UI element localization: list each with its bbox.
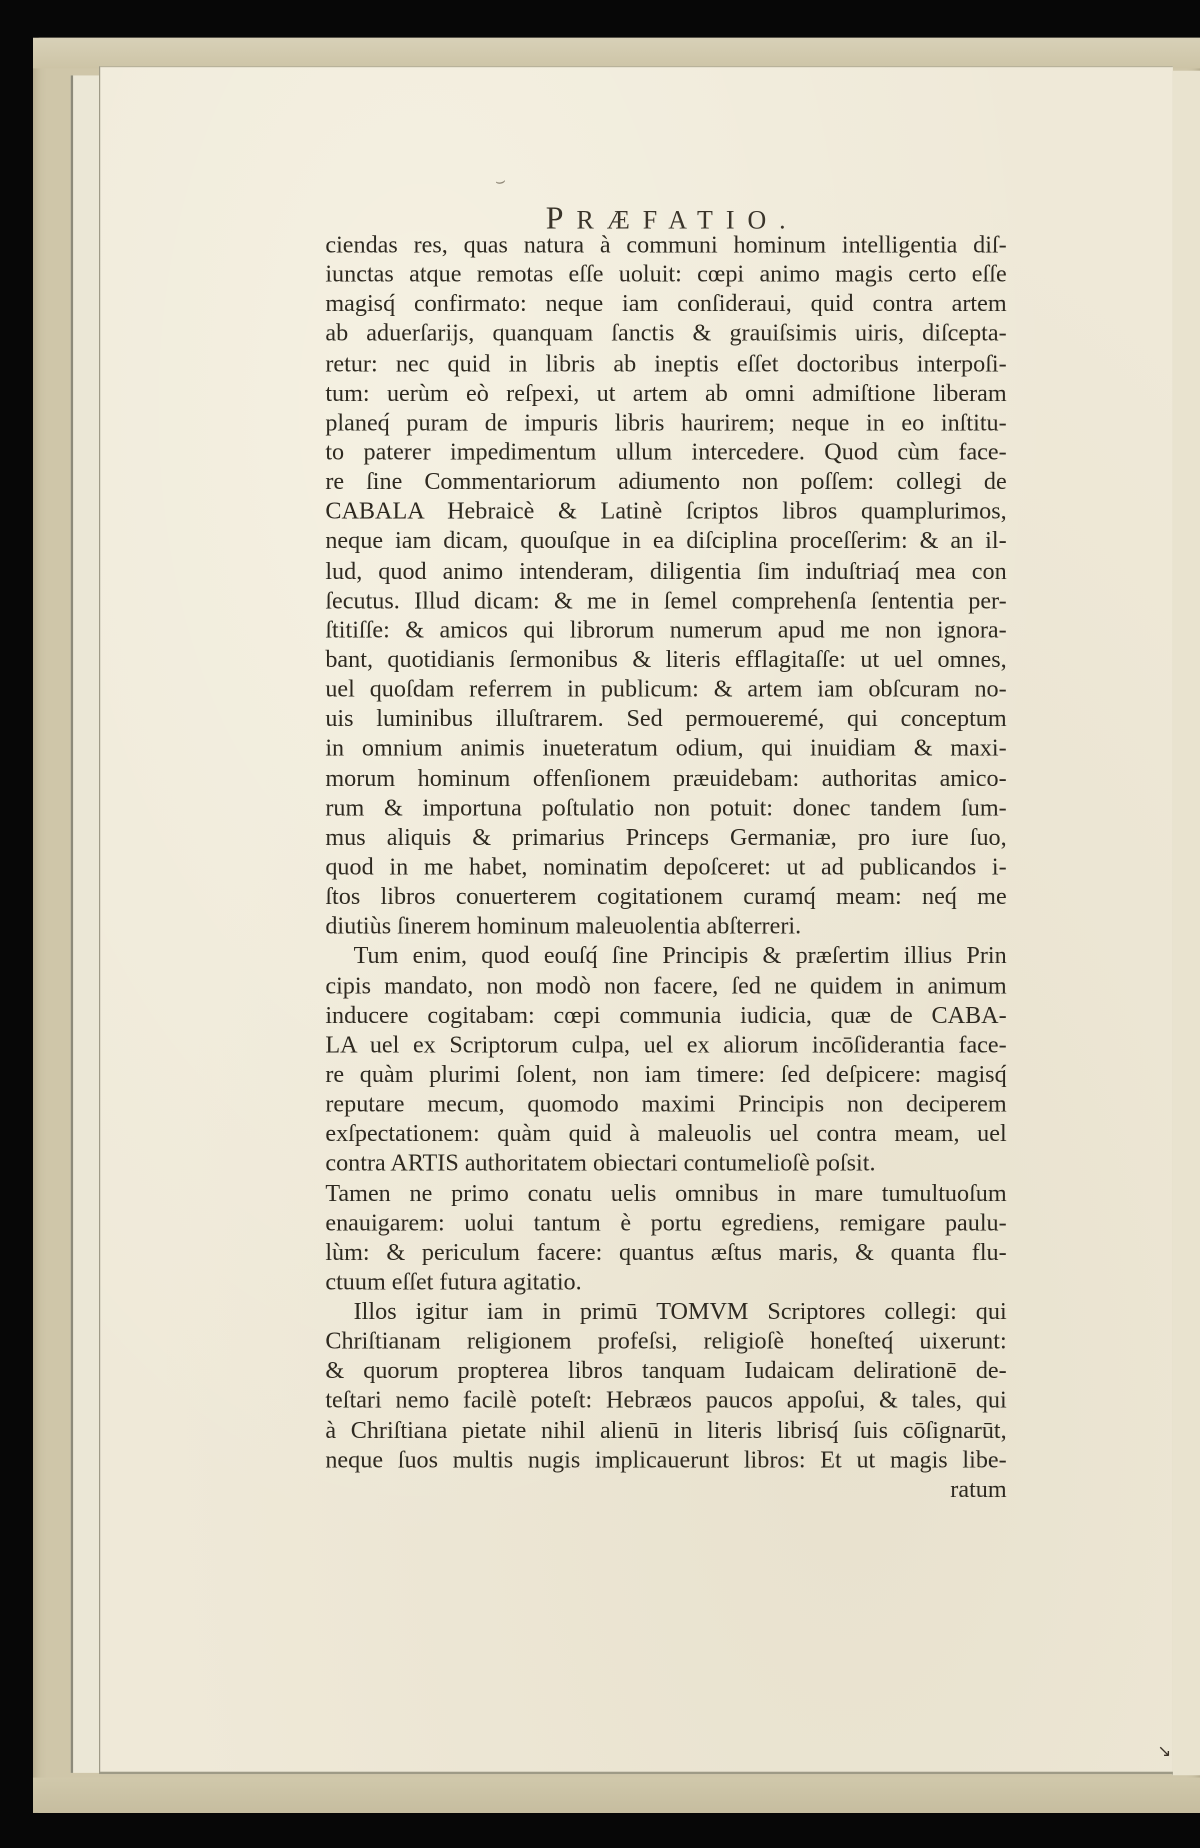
cover-bottom-edge (33, 1778, 1200, 1813)
text-line: ciendas res, quas natura à communi homin… (325, 231, 1006, 261)
text-line: reputare mecum, quomodo maximi Principis… (325, 1090, 1006, 1120)
page-fore-edge (1172, 71, 1200, 1776)
catchword: ratum (325, 1476, 1006, 1506)
endpaper-strip (71, 75, 100, 1772)
text-line: morum hominum offenſionem præuidebam: au… (325, 764, 1006, 794)
text-line: Tum enim, quod eouſq́ ſine Principis & p… (325, 942, 1006, 972)
text-line: lùm: & periculum facere: quantus æſtus m… (325, 1239, 1006, 1269)
text-line: uel quoſdam referrem in publicum: & arte… (325, 676, 1006, 706)
text-line: neque iam dicam, quouſque in ea diſcipli… (325, 527, 1006, 557)
text-line: planeq́ puram de impuris libris haurirem… (325, 409, 1006, 439)
text-line: contra ARTIS authoritatem obiectari cont… (325, 1150, 1006, 1180)
text-line: à Chriſtiana pietate nihil alienū in lit… (325, 1416, 1006, 1446)
text-line: ctuum eſſet futura agitatio. (325, 1268, 1006, 1298)
text-line: ſecutus. Illud dicam: & me in ſemel comp… (325, 587, 1006, 617)
text-line: Chriſtianam religionem profeſsi, religio… (325, 1328, 1006, 1358)
text-line: re ſine Commentariorum adiumento non poſ… (325, 468, 1006, 498)
text-line: inducere cogitabam: cœpi communia iudici… (325, 1002, 1006, 1032)
text-line: bant, quotidianis ſermonibus & literis e… (325, 646, 1006, 676)
text-line: lud, quod animo intenderam, diligentia ſ… (325, 557, 1006, 587)
text-line: enauigarem: uolui tantum è portu egredie… (325, 1209, 1006, 1239)
text-line: mus aliquis & primarius Princeps Germani… (325, 824, 1006, 854)
page-corner-mark: ↘ (1158, 1742, 1172, 1761)
cover-top-edge (33, 38, 1200, 69)
text-line: magisq́ confirmato: neque iam conſiderau… (325, 290, 1006, 320)
text-line: iunctas atque remotas eſſe uoluit: cœpi … (325, 261, 1006, 291)
text-line: quod in me habet, nominatim depoſceret: … (325, 853, 1006, 883)
text-line: ſtitiſſe: & amicos qui librorum numerum … (325, 616, 1006, 646)
text-line: retur: nec quid in libris ab ineptis eſſ… (325, 350, 1006, 380)
text-line: uis luminibus illuſtrarem. Sed permouere… (325, 705, 1006, 735)
text-line: & quorum propterea libros tanquam Iudaic… (325, 1357, 1006, 1387)
text-line: CABALA Hebraicè & Latinè ſcriptos libros… (325, 498, 1006, 528)
text-line: teſtari nemo facilè poteſt: Hebræos pauc… (325, 1387, 1006, 1417)
text-line: in omnium animis inueteratum odium, qui … (325, 735, 1006, 765)
text-line: neque ſuos multis nugis implicauerunt li… (325, 1446, 1006, 1476)
text-line: to paterer impedimentum ullum interceder… (325, 438, 1006, 468)
text-line: cipis mandato, non modò non facere, ſed … (325, 972, 1006, 1002)
text-line: Tamen ne primo conatu uelis omnibus in m… (325, 1179, 1006, 1209)
book-scan: ⌣ PRÆFATIO. ciendas res, quas natura à c… (0, 0, 1200, 1848)
text-line: exſpectationem: quàm quid à maleuolis ue… (325, 1120, 1006, 1150)
text-line: ab aduerſarijs, quanquam ſanctis & graui… (325, 320, 1006, 350)
text-line: ſtos libros conuerterem cogitationem cur… (325, 883, 1006, 913)
body-text: ciendas res, quas natura à communi homin… (325, 231, 1006, 1505)
text-line: re quàm plurimi ſolent, non iam timere: … (325, 1061, 1006, 1091)
text-line: tum: uerùm eò reſpexi, ut artem ab omni … (325, 379, 1006, 409)
text-line: LA uel ex Scriptorum culpa, uel ex alior… (325, 1031, 1006, 1061)
text-line: rum & importuna poſtulatio non potuit: d… (325, 794, 1006, 824)
text-line: Illos igitur iam in primū TOMVM Scriptor… (325, 1298, 1006, 1328)
text-line: diutiùs ſinerem hominum maleuolentia abſ… (325, 913, 1006, 943)
